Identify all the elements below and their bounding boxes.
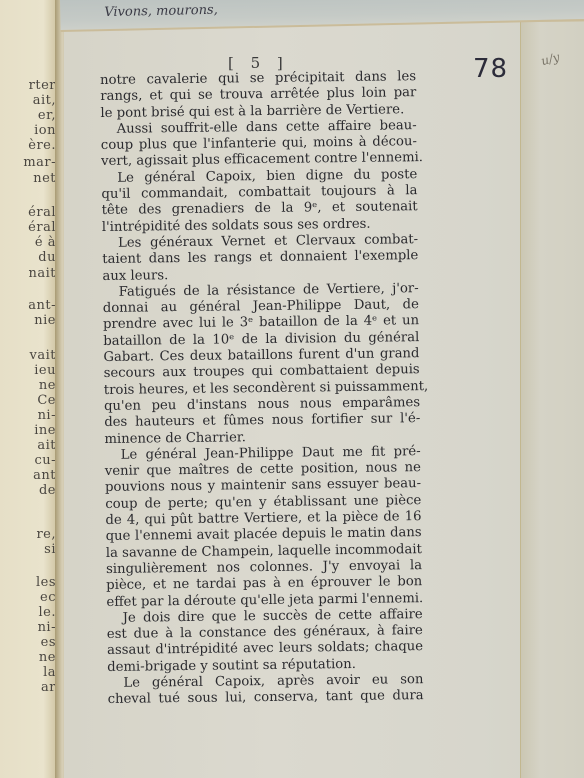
left-page-fragment: re, — [36, 527, 56, 542]
left-page-fragment: de — [39, 483, 56, 498]
page-number: [ 5 ] — [228, 54, 289, 72]
left-page-fragment: ar — [41, 680, 56, 695]
left-page-fragment: Ce — [37, 393, 56, 408]
left-page-fragment: éral — [28, 205, 56, 220]
left-page-fragment: ant- — [28, 298, 56, 313]
left-page-fragment: net — [33, 171, 56, 186]
page-fold-edge — [520, 22, 584, 778]
overlap-text: Vivons, mourons, — [104, 3, 218, 20]
left-page-fragment: nait — [28, 266, 56, 281]
left-page-fragment: é à — [35, 235, 56, 250]
left-page-fragment: es — [41, 635, 56, 650]
left-page-fragment: er, — [38, 108, 56, 123]
left-page-fragment: ec — [40, 590, 56, 605]
left-page-fragment: nie — [34, 313, 56, 328]
left-page-fragment: les — [36, 575, 56, 590]
left-page-fragment: ère. — [28, 138, 56, 153]
left-page-fragment: ne — [39, 650, 56, 665]
body-text: notre cavalerie qui se précipitait dans … — [100, 69, 424, 708]
left-page-fragment: ant — [33, 468, 56, 483]
left-page-fragment: ne — [39, 378, 56, 393]
left-page-fragment: cu- — [34, 453, 56, 468]
left-page-fragment: ion — [34, 123, 56, 138]
left-page-fragment: ait, — [33, 93, 56, 108]
left-page-fragment: vait — [30, 348, 56, 363]
left-page-fragment: le. — [39, 605, 56, 620]
left-page-fragment: mar- — [23, 155, 56, 170]
folio-number: 78 — [473, 54, 508, 84]
left-page-fragment: ieu — [34, 363, 56, 378]
left-page-fragment: ni- — [38, 408, 56, 423]
left-page-fragment: éral — [28, 220, 56, 235]
left-page-fragment: du — [38, 250, 56, 265]
left-page-fragment: ni- — [38, 620, 56, 635]
left-page-fragment: ait — [37, 438, 56, 453]
left-page-fragment: rter — [29, 78, 56, 93]
left-page: rterait,er,ionère.mar-netéraléralé àduna… — [0, 0, 62, 778]
left-page-fragment: ine — [34, 423, 56, 438]
